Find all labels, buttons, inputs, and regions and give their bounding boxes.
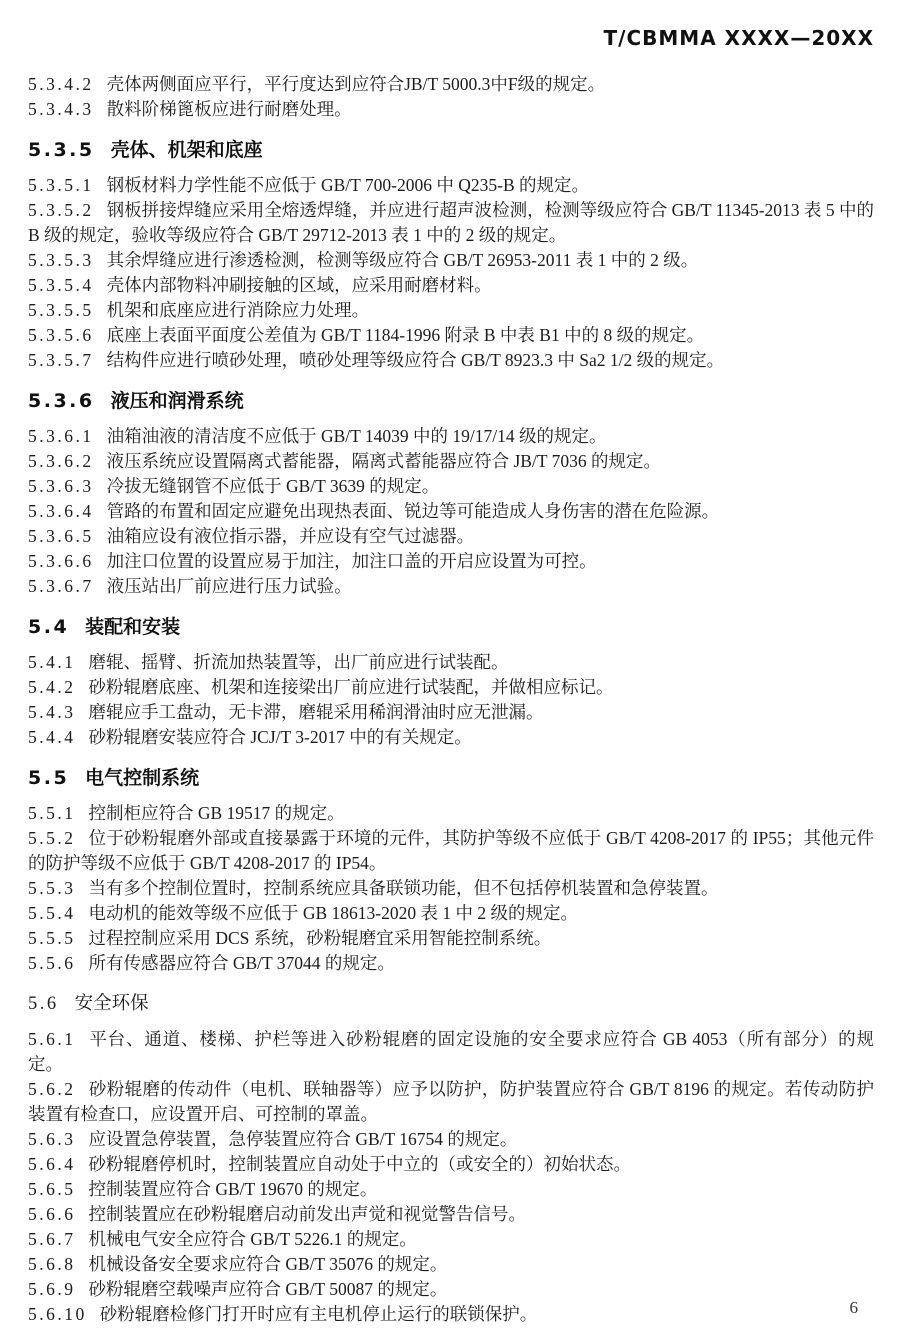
clause-text: 其余焊缝应进行渗透检测，检测等级应符合 GB/T 26953-2011 表 1 … xyxy=(107,250,699,270)
clause-number: 5.6.6 xyxy=(28,1204,89,1224)
clause-number: 5.3.6.5 xyxy=(28,526,107,546)
clause-text: 油箱应设有液位指示器，并应设有空气过滤器。 xyxy=(107,526,475,546)
clause-text: 底座上表面平面度公差值为 GB/T 1184-1996 附录 B 中表 B1 中… xyxy=(107,325,704,345)
clause-number: 5.3.5.5 xyxy=(28,300,107,320)
clause-text: 结构件应进行喷砂处理，喷砂处理等级应符合 GB/T 8923.3 中 Sa2 1… xyxy=(107,350,725,370)
clause-text: 管路的布置和固定应避免出现热表面、锐边等可能造成人身伤害的潜在危险源。 xyxy=(107,501,720,521)
clause-text: 所有传感器应符合 GB/T 37044 的规定。 xyxy=(89,953,395,973)
section-title-text: 壳体、机架和底座 xyxy=(111,139,263,161)
clause-number: 5.6.4 xyxy=(28,1154,89,1174)
clause-text: 壳体内部物料冲刷接触的区域，应采用耐磨材料。 xyxy=(107,275,492,295)
clause-number: 5.4.1 xyxy=(28,652,89,672)
clause-text: 液压站出厂前应进行压力试验。 xyxy=(107,576,352,596)
clause-text: 钢板拼接焊缝应采用全熔透焊缝，并应进行超声波检测，检测等级应符合 GB/T 11… xyxy=(28,200,874,245)
standard-code-header: T/CBMMA XXXX—20XX xyxy=(28,24,874,52)
clause-number: 5.3.6.2 xyxy=(28,451,107,471)
clause-text: 钢板材料力学性能不应低于 GB/T 700-2006 中 Q235-B 的规定。 xyxy=(107,175,589,195)
clause-text: 砂粉辊磨底座、机架和连接梁出厂前应进行试装配，并做相应标记。 xyxy=(89,677,614,697)
clause: 5.5.6所有传感器应符合 GB/T 37044 的规定。 xyxy=(28,951,874,976)
clause: 5.6.1平台、通道、楼梯、护栏等进入砂粉辊磨的固定设施的安全要求应符合 GB … xyxy=(28,1027,874,1077)
section-title-text: 液压和润滑系统 xyxy=(111,390,244,412)
clause-text: 控制柜应符合 GB 19517 的规定。 xyxy=(89,803,345,823)
clause: 5.6.7机械电气安全应符合 GB/T 5226.1 的规定。 xyxy=(28,1227,874,1252)
clause: 5.3.6.5油箱应设有液位指示器，并应设有空气过滤器。 xyxy=(28,524,874,549)
clause-text: 加注口位置的设置应易于加注，加注口盖的开启应设置为可控。 xyxy=(107,551,597,571)
clause-number: 5.3.6.7 xyxy=(28,576,107,596)
clause: 5.5.2位于砂粉辊磨外部或直接暴露于环境的元件，其防护等级不应低于 GB/T … xyxy=(28,826,874,876)
clause-text: 机械设备安全要求应符合 GB/T 35076 的规定。 xyxy=(89,1254,448,1274)
clause: 5.3.4.3散料阶梯篦板应进行耐磨处理。 xyxy=(28,97,874,122)
clause-number: 5.5.5 xyxy=(28,928,89,948)
clause-number: 5.5.4 xyxy=(28,903,89,923)
section-heading: 5.4装配和安装 xyxy=(28,614,874,640)
clause: 5.5.1控制柜应符合 GB 19517 的规定。 xyxy=(28,801,874,826)
clause-number: 5.6.5 xyxy=(28,1179,89,1199)
clause-text: 磨辊、摇臂、折流加热装置等，出厂前应进行试装配。 xyxy=(89,652,509,672)
clause: 5.6.8机械设备安全要求应符合 GB/T 35076 的规定。 xyxy=(28,1252,874,1277)
clause-text: 当有多个控制位置时，控制系统应具备联锁功能，但不包括停机装置和急停装置。 xyxy=(89,878,719,898)
clause-number: 5.6 xyxy=(28,994,75,1014)
clause-number: 5.5.2 xyxy=(28,828,89,848)
section-title-text: 装配和安装 xyxy=(85,616,180,638)
clause: 5.3.5.6底座上表面平面度公差值为 GB/T 1184-1996 附录 B … xyxy=(28,323,874,348)
section-heading: 5.6安全环保 xyxy=(28,991,874,1017)
clause-number: 5.3.5.3 xyxy=(28,250,107,270)
clause: 5.3.5.3其余焊缝应进行渗透检测，检测等级应符合 GB/T 26953-20… xyxy=(28,248,874,273)
clause-number: 5.5.1 xyxy=(28,803,89,823)
clause: 5.6.3应设置急停装置，急停装置应符合 GB/T 16754 的规定。 xyxy=(28,1127,874,1152)
clause: 5.3.5.7结构件应进行喷砂处理，喷砂处理等级应符合 GB/T 8923.3 … xyxy=(28,348,874,373)
clause-number: 5.6.2 xyxy=(28,1079,89,1099)
clause-number: 5.4.2 xyxy=(28,677,89,697)
section-title-text: 安全环保 xyxy=(75,994,149,1014)
clause-text: 平台、通道、楼梯、护栏等进入砂粉辊磨的固定设施的安全要求应符合 GB 4053（… xyxy=(28,1029,874,1074)
clause: 5.6.9砂粉辊磨空载噪声应符合 GB/T 50087 的规定。 xyxy=(28,1277,874,1302)
clause: 5.6.10砂粉辊磨检修门打开时应有主电机停止运行的联锁保护。 xyxy=(28,1302,874,1327)
clause-number: 5.3.6.4 xyxy=(28,501,107,521)
clause: 5.3.5.2钢板拼接焊缝应采用全熔透焊缝，并应进行超声波检测，检测等级应符合 … xyxy=(28,198,874,248)
document-page: T/CBMMA XXXX—20XX 5.3.4.2壳体两侧面应平行，平行度达到应… xyxy=(0,0,902,1332)
clause-number: 5.3.6.6 xyxy=(28,551,107,571)
clause: 5.4.1磨辊、摇臂、折流加热装置等，出厂前应进行试装配。 xyxy=(28,650,874,675)
clause-number: 5.6.1 xyxy=(28,1029,89,1049)
clause-number: 5.3.5.6 xyxy=(28,325,107,345)
clause: 5.5.3当有多个控制位置时，控制系统应具备联锁功能，但不包括停机装置和急停装置… xyxy=(28,876,874,901)
clause: 5.4.3磨辊应手工盘动，无卡滞，磨辊采用稀润滑油时应无泄漏。 xyxy=(28,700,874,725)
clause-number: 5.5 xyxy=(28,767,85,789)
clause-number: 5.5.6 xyxy=(28,953,89,973)
clause-number: 5.5.3 xyxy=(28,878,89,898)
clause-number: 5.6.8 xyxy=(28,1254,89,1274)
clause: 5.5.4电动机的能效等级不应低于 GB 18613-2020 表 1 中 2 … xyxy=(28,901,874,926)
clause: 5.5.5过程控制应采用 DCS 系统，砂粉辊磨宜采用智能控制系统。 xyxy=(28,926,874,951)
clause: 5.6.5控制装置应符合 GB/T 19670 的规定。 xyxy=(28,1177,874,1202)
clause-number: 5.3.6.1 xyxy=(28,426,107,446)
clause-text: 过程控制应采用 DCS 系统，砂粉辊磨宜采用智能控制系统。 xyxy=(89,928,552,948)
clause-text: 砂粉辊磨安装应符合 JCJ/T 3-2017 中的有关规定。 xyxy=(89,727,472,747)
section-heading: 5.5电气控制系统 xyxy=(28,765,874,791)
clause: 5.3.5.1钢板材料力学性能不应低于 GB/T 700-2006 中 Q235… xyxy=(28,173,874,198)
clause-text: 油箱油液的清洁度不应低于 GB/T 14039 中的 19/17/14 级的规定… xyxy=(107,426,607,446)
clause-number: 5.3.5.1 xyxy=(28,175,107,195)
clause-text: 磨辊应手工盘动，无卡滞，磨辊采用稀润滑油时应无泄漏。 xyxy=(89,702,544,722)
clause-text: 散料阶梯篦板应进行耐磨处理。 xyxy=(107,99,352,119)
clause: 5.3.6.3冷拔无缝钢管不应低于 GB/T 3639 的规定。 xyxy=(28,474,874,499)
clause-text: 砂粉辊磨的传动件（电机、联轴器等）应予以防护，防护装置应符合 GB/T 8196… xyxy=(28,1079,874,1124)
page-number: 6 xyxy=(850,1298,859,1318)
clause-text: 砂粉辊磨空载噪声应符合 GB/T 50087 的规定。 xyxy=(89,1279,448,1299)
clause: 5.4.4砂粉辊磨安装应符合 JCJ/T 3-2017 中的有关规定。 xyxy=(28,725,874,750)
clause-text: 砂粉辊磨停机时，控制装置应自动处于中立的（或安全的）初始状态。 xyxy=(89,1154,632,1174)
clause: 5.3.5.5机架和底座应进行消除应力处理。 xyxy=(28,298,874,323)
clause-number: 5.3.5 xyxy=(28,139,111,161)
clause-number: 5.3.6 xyxy=(28,390,111,412)
clause-number: 5.4.3 xyxy=(28,702,89,722)
clause: 5.6.2砂粉辊磨的传动件（电机、联轴器等）应予以防护，防护装置应符合 GB/T… xyxy=(28,1077,874,1127)
clause: 5.3.6.4管路的布置和固定应避免出现热表面、锐边等可能造成人身伤害的潜在危险… xyxy=(28,499,874,524)
clause-number: 5.4 xyxy=(28,616,85,638)
clause-number: 5.3.5.2 xyxy=(28,200,107,220)
clause-text: 控制装置应符合 GB/T 19670 的规定。 xyxy=(89,1179,378,1199)
clause-text: 电动机的能效等级不应低于 GB 18613-2020 表 1 中 2 级的规定。 xyxy=(89,903,579,923)
clause-text: 砂粉辊磨检修门打开时应有主电机停止运行的联锁保护。 xyxy=(100,1304,538,1324)
clause-number: 5.3.5.7 xyxy=(28,350,107,370)
clause-number: 5.4.4 xyxy=(28,727,89,747)
clause-number: 5.6.9 xyxy=(28,1279,89,1299)
clause-text: 冷拔无缝钢管不应低于 GB/T 3639 的规定。 xyxy=(107,476,440,496)
clause-number: 5.3.5.4 xyxy=(28,275,107,295)
clause-number: 5.6.10 xyxy=(28,1304,100,1324)
clause-number: 5.6.3 xyxy=(28,1129,89,1149)
clause-number: 5.3.4.3 xyxy=(28,99,107,119)
clause-number: 5.6.7 xyxy=(28,1229,89,1249)
document-body: 5.3.4.2壳体两侧面应平行，平行度达到应符合JB/T 5000.3中F级的规… xyxy=(28,72,874,1327)
clause: 5.3.6.1油箱油液的清洁度不应低于 GB/T 14039 中的 19/17/… xyxy=(28,424,874,449)
clause-number: 5.3.4.2 xyxy=(28,74,107,94)
section-title-text: 电气控制系统 xyxy=(85,767,199,789)
clause-text: 位于砂粉辊磨外部或直接暴露于环境的元件，其防护等级不应低于 GB/T 4208-… xyxy=(28,828,874,873)
section-heading: 5.3.5壳体、机架和底座 xyxy=(28,137,874,163)
clause-text: 应设置急停装置，急停装置应符合 GB/T 16754 的规定。 xyxy=(89,1129,518,1149)
clause: 5.3.6.2液压系统应设置隔离式蓄能器，隔离式蓄能器应符合 JB/T 7036… xyxy=(28,449,874,474)
clause-text: 机械电气安全应符合 GB/T 5226.1 的规定。 xyxy=(89,1229,417,1249)
clause: 5.3.4.2壳体两侧面应平行，平行度达到应符合JB/T 5000.3中F级的规… xyxy=(28,72,874,97)
clause: 5.3.5.4壳体内部物料冲刷接触的区域，应采用耐磨材料。 xyxy=(28,273,874,298)
clause: 5.3.6.6加注口位置的设置应易于加注，加注口盖的开启应设置为可控。 xyxy=(28,549,874,574)
section-heading: 5.3.6液压和润滑系统 xyxy=(28,388,874,414)
clause: 5.4.2砂粉辊磨底座、机架和连接梁出厂前应进行试装配，并做相应标记。 xyxy=(28,675,874,700)
clause-number: 5.3.6.3 xyxy=(28,476,107,496)
clause-text: 壳体两侧面应平行，平行度达到应符合JB/T 5000.3中F级的规定。 xyxy=(107,74,605,94)
clause-text: 机架和底座应进行消除应力处理。 xyxy=(107,300,370,320)
clause: 5.6.6控制装置应在砂粉辊磨启动前发出声觉和视觉警告信号。 xyxy=(28,1202,874,1227)
clause-text: 控制装置应在砂粉辊磨启动前发出声觉和视觉警告信号。 xyxy=(89,1204,527,1224)
clause: 5.6.4砂粉辊磨停机时，控制装置应自动处于中立的（或安全的）初始状态。 xyxy=(28,1152,874,1177)
clause: 5.3.6.7液压站出厂前应进行压力试验。 xyxy=(28,574,874,599)
clause-text: 液压系统应设置隔离式蓄能器，隔离式蓄能器应符合 JB/T 7036 的规定。 xyxy=(107,451,661,471)
